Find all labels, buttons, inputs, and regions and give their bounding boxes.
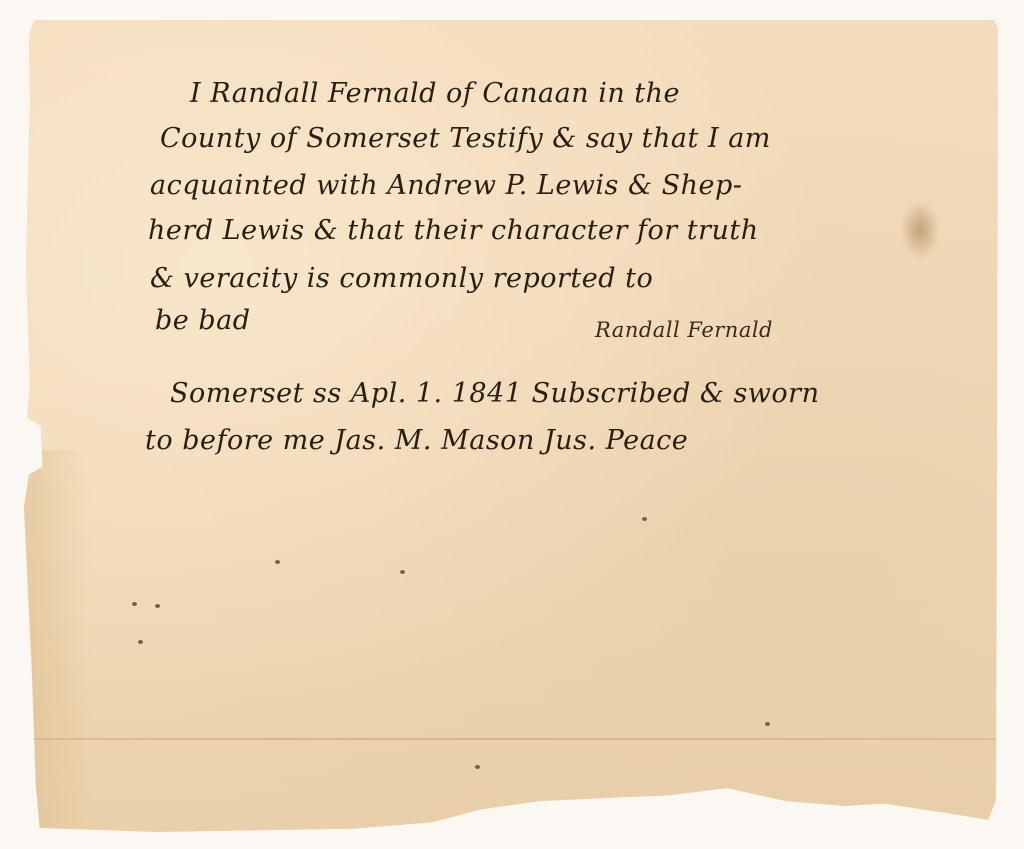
ink-spot	[155, 604, 160, 608]
ink-spot	[138, 640, 143, 644]
statement-line-4: herd Lewis & that their character for tr…	[148, 215, 759, 246]
jurat-line-1: Somerset ss Apl. 1. 1841 Subscribed & sw…	[170, 378, 819, 409]
ink-spot	[275, 560, 280, 564]
ink-blot	[900, 200, 940, 260]
paper-sheet: I Randall Fernald of Canaan in the Count…	[20, 20, 1002, 832]
ink-spot	[765, 722, 770, 726]
ink-spot	[642, 517, 647, 521]
affiant-signature: Randall Fernald	[595, 318, 773, 342]
fold-crease	[20, 738, 1002, 740]
ink-spot	[132, 602, 137, 606]
ink-spot	[475, 765, 480, 769]
statement-line-1: I Randall Fernald of Canaan in the	[190, 78, 680, 109]
ink-spot	[400, 570, 405, 574]
jurat-line-2: to before me Jas. M. Mason Jus. Peace	[145, 425, 688, 456]
statement-line-3: acquainted with Andrew P. Lewis & Shep-	[150, 170, 742, 201]
statement-line-5: & veracity is commonly reported to	[150, 263, 653, 294]
statement-line-2: County of Somerset Testify & say that I …	[160, 123, 771, 154]
water-stain	[20, 450, 90, 830]
scan-background: I Randall Fernald of Canaan in the Count…	[0, 0, 1024, 849]
statement-line-6: be bad	[155, 305, 251, 336]
